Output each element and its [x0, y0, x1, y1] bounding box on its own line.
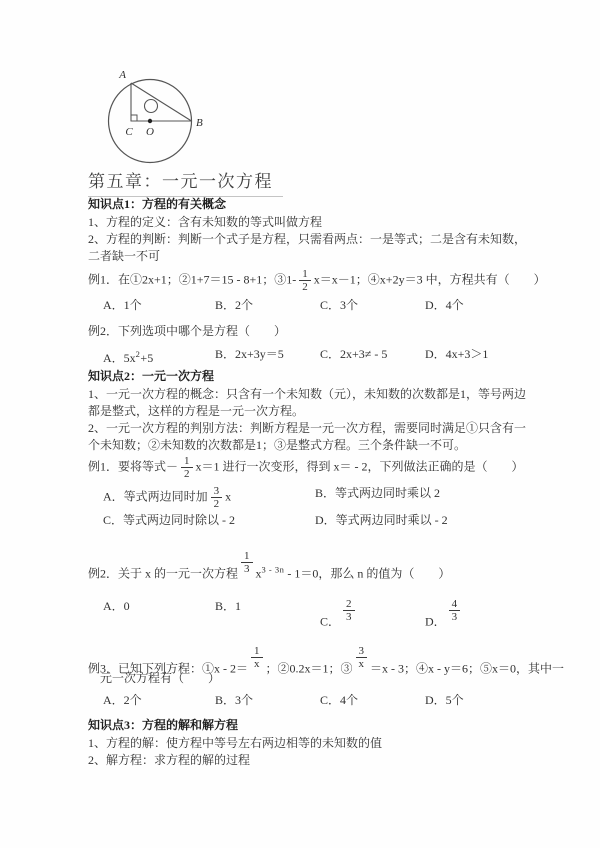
label-a: A [118, 69, 126, 81]
kp1-ex1-stem: 例1．在①2x+1；②1+7＝15 - 8+1；③1-12x＝x－1；④x+2y… [88, 268, 546, 294]
right-angle-mark [131, 115, 137, 121]
option-a: A．1个 [103, 297, 215, 314]
fraction-three-over-x: 3x [356, 645, 368, 671]
fraction-four-thirds: 43 [449, 598, 461, 624]
option-a: A．等式两边同时加32x [103, 485, 315, 511]
fraction-one-half: 12 [181, 455, 193, 481]
exponent: 3 - 3n [262, 564, 285, 574]
option-b: B．1 [215, 598, 320, 630]
inner-circle [145, 100, 158, 113]
kp2-ex3-stem-line2: 元一次方程有（ ） [100, 670, 220, 687]
center-point-dot [148, 119, 152, 123]
fraction-two-thirds: 23 [343, 598, 355, 624]
option-b: B．2个 [215, 297, 320, 314]
kp3-heading: 知识点3：方程的解和解方程 [88, 717, 238, 734]
kp3-line1: 1、方程的解：使方程中等号左右两边相等的未知数的值 [88, 735, 528, 752]
option-d: D．4个 [425, 297, 578, 314]
kp2-ex1-options-row2: C．等式两边同时除以 - 2 D．等式两边同时乘以 - 2 [88, 512, 578, 529]
kp1-line2: 2、方程的判断：判断一个式子是方程，只需看两点：一是等式；二是含有未知数，二者缺… [88, 231, 526, 265]
label-c: C [125, 126, 133, 138]
kp1-heading: 知识点1：方程的有关概念 [88, 196, 226, 213]
kp2-ex1-options-row1: A．等式两边同时加32x B．等式两边同时乘以 2 [88, 485, 578, 511]
kp2-ex1-stem: 例1．要将等式－12x＝1 进行一次变形，得到 x＝ - 2，下列做法正确的是（… [88, 455, 524, 481]
option-a: A．5x2+5 [103, 346, 215, 367]
kp1-ex1-seg2: x＝x－1；④x+2y＝3 中，方程共有（ ） [314, 273, 546, 287]
worksheet-page: A B C O 第五章：一元一次方程 知识点1：方程的有关概念 1、方程的定义：… [0, 0, 600, 848]
kp2-line2: 2、一元一次方程的判别方法：判断方程是一元一次方程，需要同时满足①只含有一个未知… [88, 420, 526, 454]
option-c: C．3个 [320, 297, 425, 314]
fraction-one-half: 12 [299, 268, 311, 294]
option-b: B．3个 [215, 692, 320, 709]
option-c: C．23 [320, 598, 425, 630]
kp2-ex2-options: A．0 B．1 C．23 D．43 [88, 598, 578, 630]
kp1-ex1-options: A．1个 B．2个 C．3个 D．4个 [88, 297, 578, 314]
option-b: B．等式两边同时乘以 2 [315, 485, 578, 511]
option-b: B．2x+3y＝5 [215, 346, 320, 367]
kp1-ex2-options: A．5x2+5 B．2x+3y＝5 C．2x+3≠ - 5 D．4x+3＞1 [88, 346, 578, 367]
label-o: O [146, 126, 154, 138]
option-c: C．等式两边同时除以 - 2 [103, 512, 315, 529]
option-d: D．43 [425, 598, 578, 630]
kp2-line1: 1、一元一次方程的概念：只含有一个未知数（元），未知数的次数都是1，等号两边都是… [88, 386, 526, 420]
kp2-ex3-options: A．2个 B．3个 C．4个 D．5个 [88, 692, 578, 709]
label-b: B [196, 117, 203, 129]
kp1-ex2-stem: 例2．下列选项中哪个是方程（ ） [88, 323, 286, 340]
kp1-line1: 1、方程的定义：含有未知数的等式叫做方程 [88, 214, 528, 231]
option-d: D．4x+3＞1 [425, 346, 578, 367]
kp2-ex2-stem: 例2．关于 x 的一元一次方程13x3 - 3n - 1＝0，那么 n 的值为（… [88, 550, 450, 582]
kp3-line2: 2、解方程：求方程的解的过程 [88, 752, 528, 769]
fraction-three-halves: 32 [211, 485, 223, 511]
option-c: C．4个 [320, 692, 425, 709]
option-d: D．等式两边同时乘以 - 2 [315, 512, 578, 529]
geometry-figure: A B C O [90, 56, 234, 176]
segment-ab [131, 83, 192, 121]
kp1-ex1-seg1: 例1．在①2x+1；②1+7＝15 - 8+1；③1- [88, 273, 296, 287]
option-d: D．5个 [425, 692, 578, 709]
fraction-one-over-x: 1x [251, 645, 263, 671]
fraction-one-third: 13 [241, 550, 253, 576]
option-a: A．2个 [103, 692, 215, 709]
option-c: C．2x+3≠ - 5 [320, 346, 425, 367]
chapter-title: 第五章：一元一次方程 [88, 167, 283, 197]
option-a: A．0 [103, 598, 215, 630]
kp2-heading: 知识点2：一元一次方程 [88, 368, 214, 385]
